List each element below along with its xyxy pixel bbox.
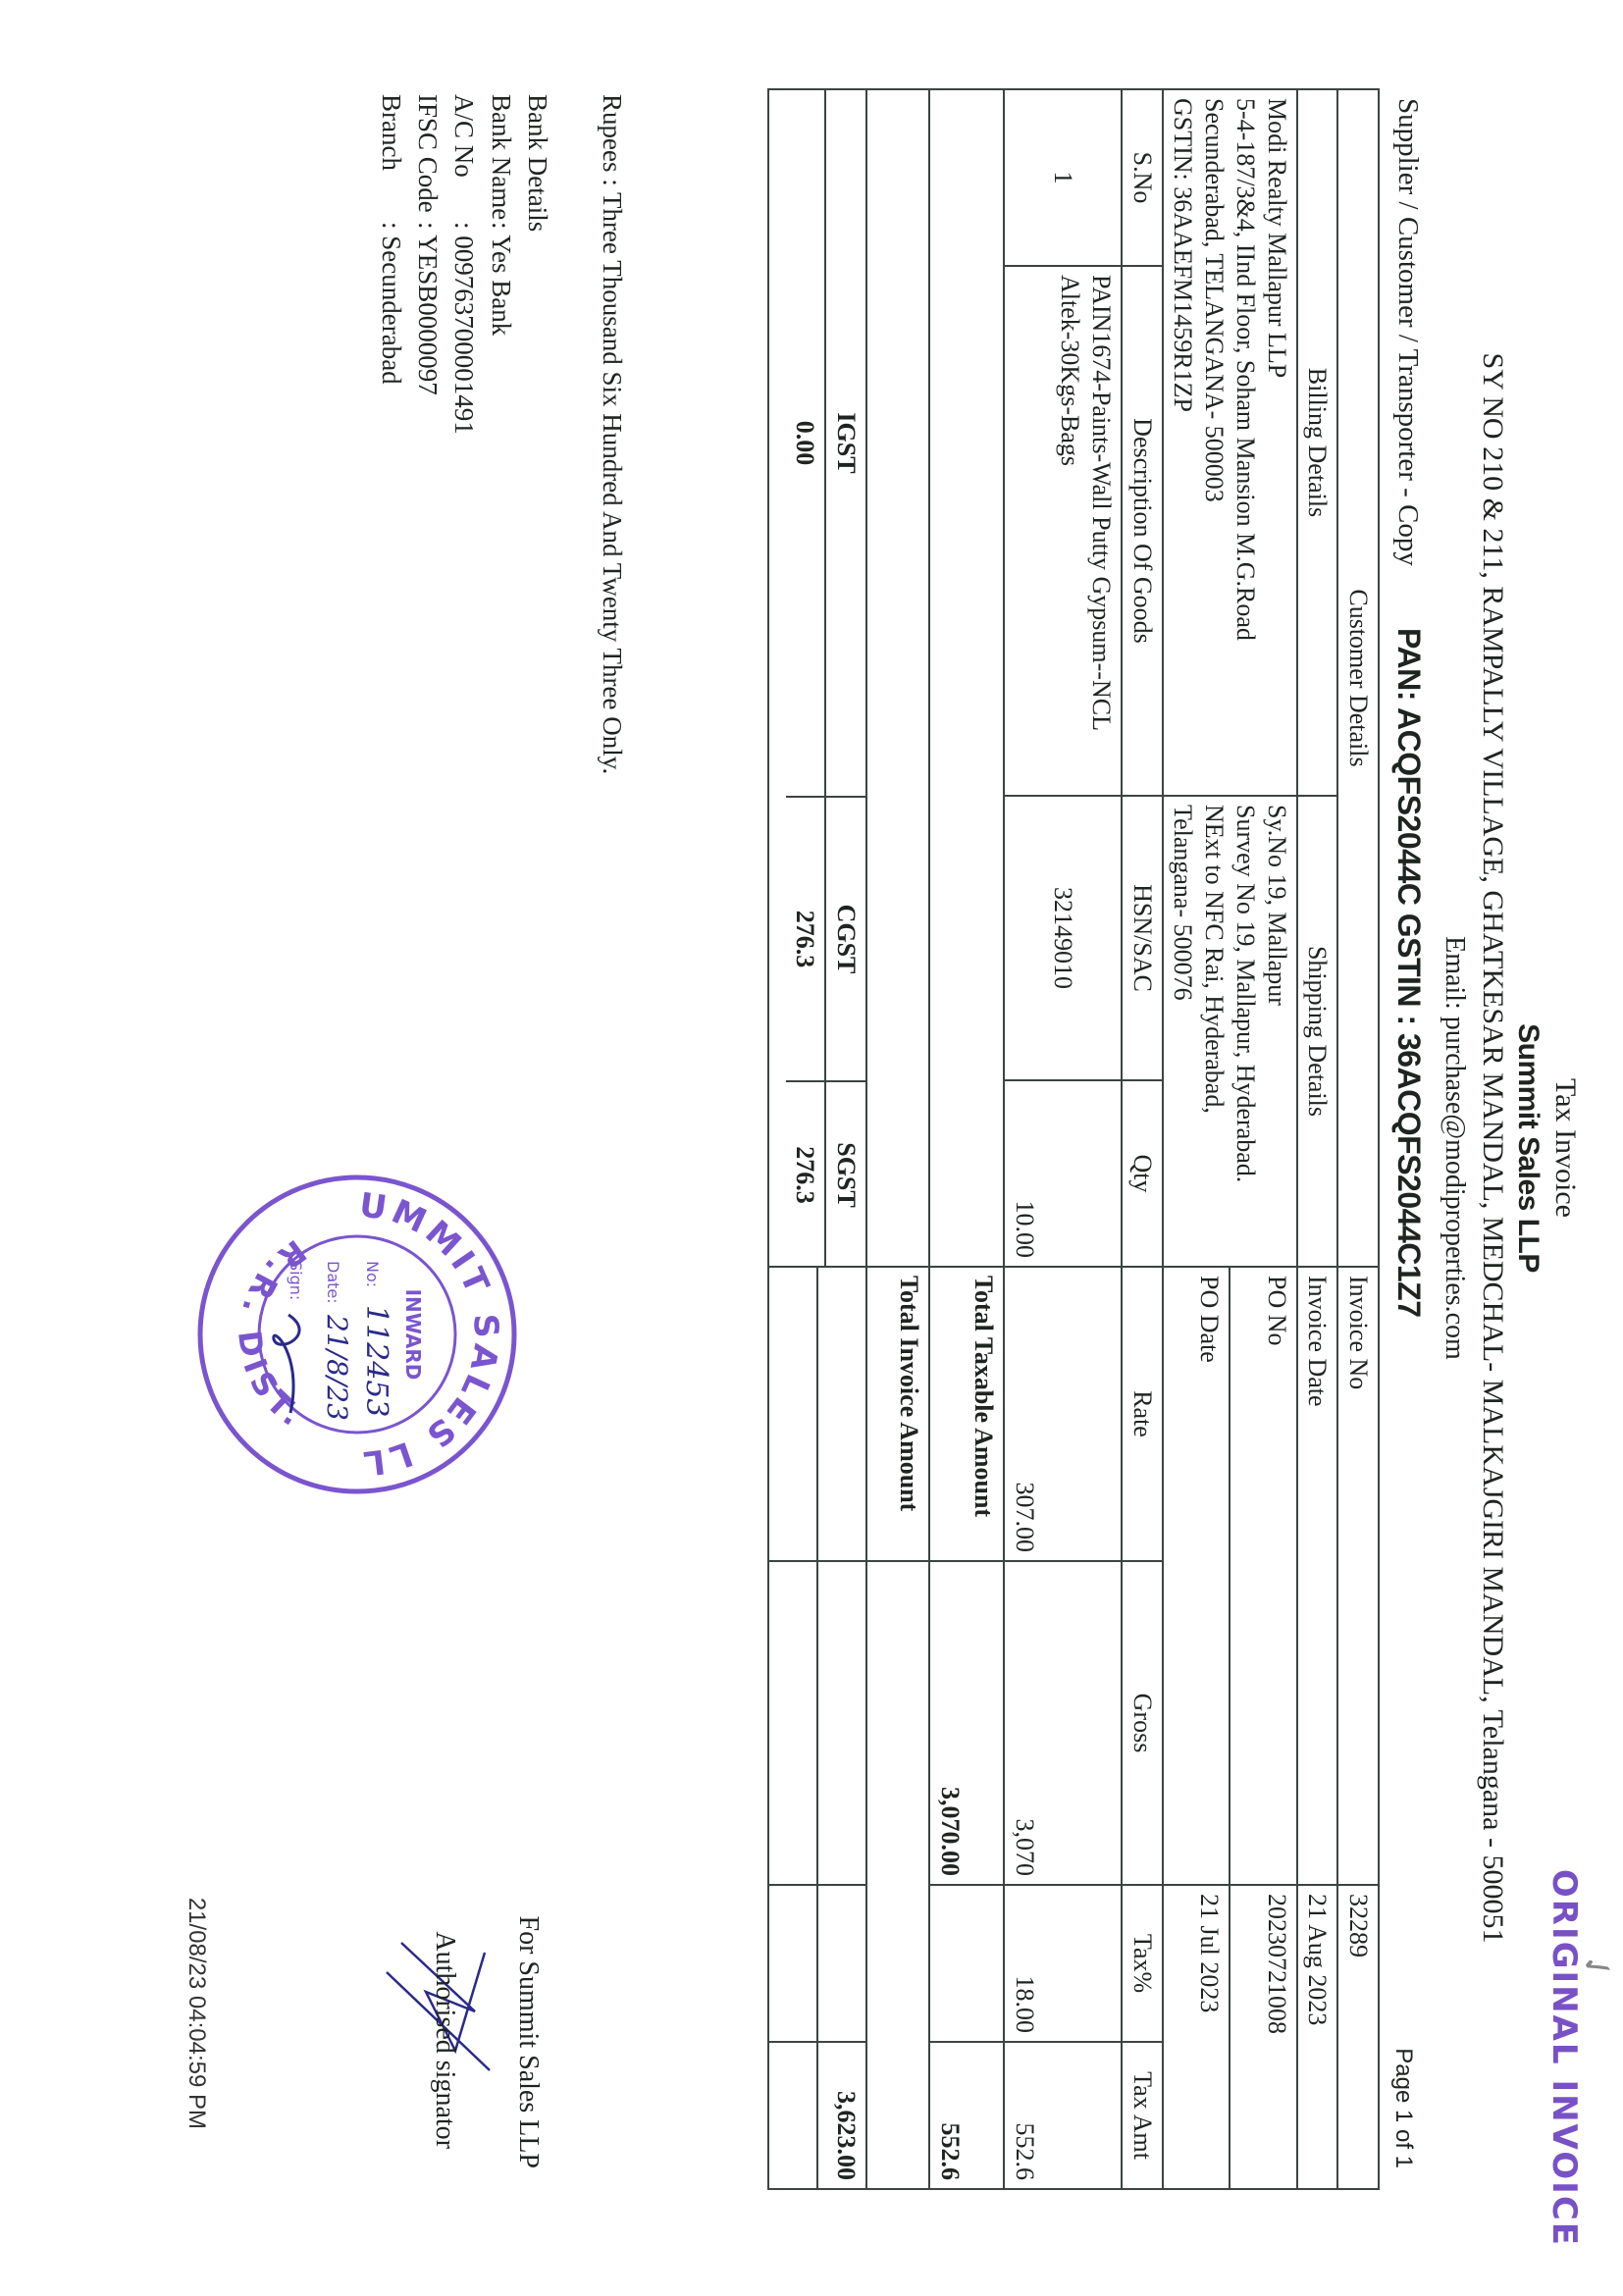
bank-details: Bank Details Bank Name: Yes Bank A/C No:… xyxy=(373,94,555,435)
seal-no-value: 112453 xyxy=(359,1305,393,1418)
invoice-page: ✓ ORIGINAL INVOICE Tax Invoice Summit Sa… xyxy=(0,0,1623,2296)
ifsc-value: : YESB0000097 xyxy=(413,222,443,395)
invoice-date: 21 Aug 2023 xyxy=(1297,1885,1338,2189)
branch-value: : Secunderabad xyxy=(377,222,406,385)
printed-timestamp: 21/08/23 04:04:59 PM xyxy=(183,1898,210,2129)
item-tax-pct: 18.00 xyxy=(1004,1885,1122,2042)
col-header-qty: Qty xyxy=(1122,1080,1163,1267)
billing-address: Modi Realty Mallapur LLP 5-4-187/3&4, II… xyxy=(1163,89,1297,796)
col-header-tax-amt: Tax Amt xyxy=(1122,2042,1163,2189)
item-qty: 10.00 xyxy=(1004,1080,1122,1267)
company-name: Summit Sales LLP xyxy=(1511,0,1544,2296)
po-date-label: PO Date xyxy=(1163,1267,1230,1885)
shipping-line: Telangana- 500076 xyxy=(1168,805,1199,1258)
bank-name-label: Bank Name xyxy=(483,94,519,222)
billing-line: Modi Realty Mallapur LLP xyxy=(1261,98,1292,787)
spacer-cell xyxy=(817,1267,866,1561)
spacer-cell xyxy=(817,1885,866,2042)
bank-details-title: Bank Details xyxy=(519,94,555,435)
item-sno: 1 xyxy=(1004,89,1122,266)
cgst-label: CGST xyxy=(825,797,866,1081)
billing-line: Secunderabad, TELANGANA- 500003 xyxy=(1198,98,1230,787)
po-date: 21 Jul 2023 xyxy=(1163,1885,1230,2189)
item-gross: 3,070 xyxy=(1004,1561,1122,1885)
invoice-table: Customer Details Invoice No 32289 Billin… xyxy=(767,88,1380,2190)
spacer-cell xyxy=(768,2042,817,2189)
company-seal-icon: SUMMIT SALES LLP R.R. DIST. INWARD No: 1… xyxy=(190,1168,524,1501)
invoice-date-label: Invoice Date xyxy=(1297,1267,1338,1885)
total-taxable-row: Total Taxable Amount 3,070.00 552.6 xyxy=(929,89,1004,2189)
invoice-no: 32289 xyxy=(1337,1885,1379,2189)
col-header-hsn: HSN/SAC xyxy=(1122,796,1163,1080)
item-hsn: 32149010 xyxy=(1004,796,1122,1080)
ifsc-row: IFSC Code: YESB0000097 xyxy=(409,94,445,435)
document-title: Tax Invoice xyxy=(1548,0,1582,2296)
bank-name-row: Bank Name: Yes Bank xyxy=(483,94,519,435)
shipping-line: Sy.No 19, Mallapur xyxy=(1261,805,1292,1258)
item-rate: 307.00 xyxy=(1004,1267,1122,1561)
total-taxable-gross: 3,070.00 xyxy=(929,1561,1004,1885)
col-header-rate: Rate xyxy=(1122,1267,1163,1561)
sgst-value: 276.3 xyxy=(786,1081,826,1268)
invoice-no-label: Invoice No xyxy=(1337,1267,1379,1885)
col-header-gross: Gross xyxy=(1122,1561,1163,1885)
seal-no-label: No: xyxy=(363,1261,382,1287)
spacer-cell xyxy=(866,797,928,1081)
seal-inward-label: INWARD xyxy=(401,1289,425,1381)
igst-label: IGST xyxy=(825,90,866,797)
branch-label: Branch xyxy=(373,94,409,222)
igst-value: 0.00 xyxy=(786,90,826,797)
shipping-details-label: Shipping Details xyxy=(1297,796,1338,1267)
account-no-label: A/C No xyxy=(445,94,482,222)
col-header-description: Description Of Goods xyxy=(1122,266,1163,796)
shipping-address: Sy.No 19, Mallapur Survey No 19, Mallapu… xyxy=(1163,796,1297,1267)
bank-name-value: : Yes Bank xyxy=(487,222,516,336)
page-number: Page 1 of 1 xyxy=(1389,2048,1417,2168)
total-invoice-amount: 3,623.00 xyxy=(817,2042,866,2189)
items-header-row: S.No Description Of Goods HSN/SAC Qty Ra… xyxy=(1122,89,1163,2189)
authorised-signatory-label: Authorised signator xyxy=(429,1931,460,2149)
copy-label: Supplier / Customer / Transporter - Copy xyxy=(1391,98,1424,566)
spacer-cell xyxy=(929,89,1004,1267)
account-no-row: A/C No: 009763700001491 xyxy=(445,94,482,435)
billing-details-label: Billing Details xyxy=(1297,89,1338,796)
item-tax-amt: 552.6 xyxy=(1004,2042,1122,2189)
total-taxable-tax: 552.6 xyxy=(929,2042,1004,2189)
spacer-cell xyxy=(866,1081,928,1268)
item-description: PAIN1674-Paints-Wall Putty Gypsum--NCL A… xyxy=(1004,266,1122,796)
spacer-cell xyxy=(866,1561,929,2189)
billing-gstin: GSTIN: 36AAEFM1459R1ZP xyxy=(1168,98,1199,787)
seal-date-label: Date: xyxy=(324,1261,342,1304)
branch-row: Branch: Secunderabad xyxy=(373,94,409,435)
total-taxable-label: Total Taxable Amount xyxy=(929,1267,1004,1561)
sgst-label: SGST xyxy=(825,1081,866,1268)
ifsc-label: IFSC Code xyxy=(409,94,445,222)
col-header-sno: S.No xyxy=(1122,89,1163,266)
customer-section-row: Customer Details Invoice No 32289 xyxy=(1337,89,1379,2189)
spacer-cell xyxy=(866,90,928,797)
account-no-value: : 009763700001491 xyxy=(450,222,480,435)
gst-table: IGST CGST SGST 0.00 276.3 276.3 xyxy=(786,90,928,1268)
po-no-label: PO No xyxy=(1230,1267,1296,1885)
pan-gstin: PAN: ACQFS2044C GSTIN : 36ACQFS2044C1Z7 xyxy=(1390,628,1427,1317)
spacer-cell xyxy=(768,1267,817,1561)
billing-shipping-header-row: Billing Details Shipping Details Invoice… xyxy=(1297,89,1338,2189)
spacer-cell xyxy=(817,1561,866,1885)
spacer-cell xyxy=(929,1885,1004,2042)
cgst-value: 276.3 xyxy=(786,797,826,1081)
shipping-line: Survey No 19, Mallapur, Hyderabad. xyxy=(1230,805,1261,1258)
total-invoice-row: IGST CGST SGST 0.00 276.3 276.3 Total In… xyxy=(866,89,929,2189)
seal-sign-label: Sign: xyxy=(287,1261,305,1300)
shipping-line: NExt to NFC Rai, Hyderabad, xyxy=(1198,805,1230,1258)
spacer-cell xyxy=(768,1561,817,1885)
for-company-label: For Summit Sales LLP xyxy=(512,1916,544,2168)
company-email: Email: purchase@modiproperties.com xyxy=(1439,0,1470,2296)
amount-in-words: Rupees : Three Thousand Six Hundred And … xyxy=(597,94,627,774)
address-row: Modi Realty Mallapur LLP 5-4-187/3&4, II… xyxy=(1230,89,1296,2189)
col-header-tax-pct: Tax% xyxy=(1122,1885,1163,2042)
po-no: 20230721008 xyxy=(1230,1885,1296,2189)
billing-line: 5-4-187/3&4, IInd Floor, Soham Mansion M… xyxy=(1230,98,1261,787)
spacer-cell xyxy=(768,1885,817,2042)
customer-details-label: Customer Details xyxy=(1337,89,1379,1267)
company-address: SY NO 210 & 211, RAMPALLY VILLAGE, GHATK… xyxy=(1476,0,1509,2296)
table-row: 1 PAIN1674-Paints-Wall Putty Gypsum--NCL… xyxy=(1004,89,1122,2189)
gst-breakup: IGST CGST SGST 0.00 276.3 276.3 xyxy=(768,89,929,1267)
total-invoice-label: Total Invoice Amount xyxy=(866,1267,929,1561)
seal-date-value: 21/8/23 xyxy=(321,1314,353,1421)
